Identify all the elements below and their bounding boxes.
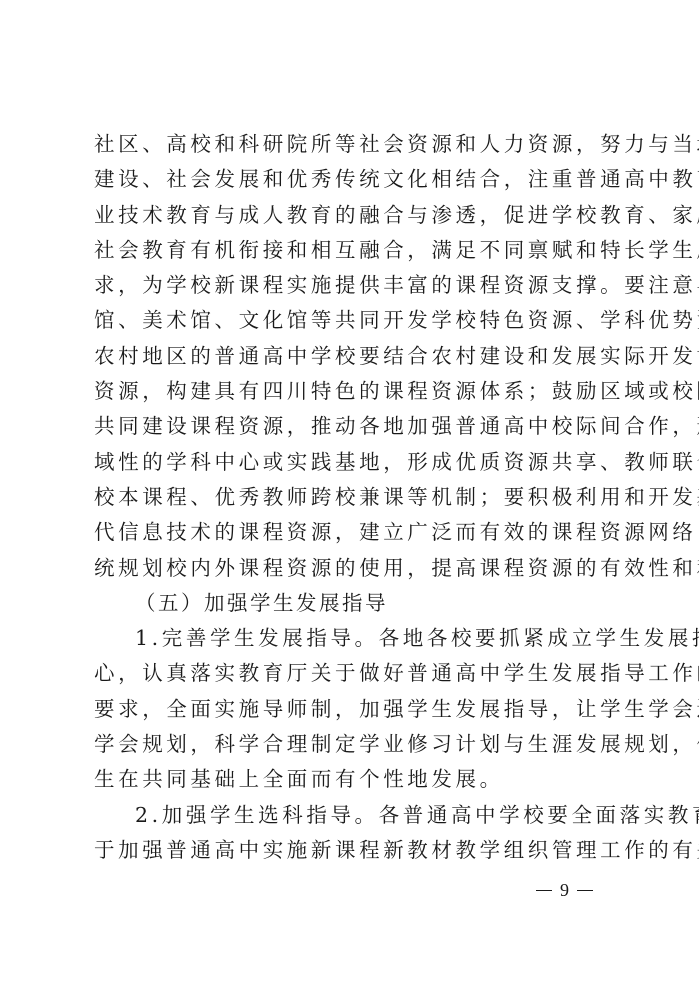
page-number-value: 9	[560, 880, 569, 901]
text-line: 域性的学科中心或实践基地，形成优质资源共享、教师联合开发	[94, 445, 611, 480]
text-line: 2.加强学生选科指导。各普通高中学校要全面落实教育厅关	[94, 798, 611, 833]
text-line: 代信息技术的课程资源，建立广泛而有效的课程资源网络；要系	[94, 515, 611, 550]
text-line: 求，为学校新课程实施提供丰富的课程资源支撑。要注意与博物	[94, 268, 611, 303]
text-line: 建设、社会发展和优秀传统文化相结合，注重普通高中教育、职	[94, 162, 611, 197]
text-line: 生在共同基础上全面而有个性地发展。	[94, 762, 611, 797]
text-line: 馆、美术馆、文化馆等共同开发学校特色资源、学科优势资源，	[94, 303, 611, 338]
section-heading: （五）加强学生发展指导	[94, 586, 614, 621]
text-line: 统规划校内外课程资源的使用，提高课程资源的有效性和利用率。	[94, 551, 611, 586]
text-line: 1.完善学生发展指导。各地各校要抓紧成立学生发展指导中	[94, 621, 611, 656]
document-page: 社区、高校和科研院所等社会资源和人力资源，努力与当地经济 建设、社会发展和优秀传…	[0, 0, 699, 988]
text-line: 社会教育有机衔接和相互融合，满足不同禀赋和特长学生成长需	[94, 233, 611, 268]
dash-right	[577, 890, 593, 891]
text-line: 农村地区的普通高中学校要结合农村建设和发展实际开发课程	[94, 339, 611, 374]
dash-left	[536, 890, 552, 891]
text-line: 业技术教育与成人教育的融合与渗透，促进学校教育、家庭教育、	[94, 198, 611, 233]
text-line: 学会规划，科学合理制定学业修习计划与生涯发展规划，促进学	[94, 727, 611, 762]
text-line: 于加强普通高中实施新课程新教材教学组织管理工作的有关要	[94, 833, 611, 868]
body-text: 社区、高校和科研院所等社会资源和人力资源，努力与当地经济 建设、社会发展和优秀传…	[94, 127, 614, 868]
text-line: 资源，构建具有四川特色的课程资源体系；鼓励区域或校际之间	[94, 374, 611, 409]
text-line: 要求，全面实施导师制，加强学生发展指导，让学生学会选择、	[94, 692, 611, 727]
text-line: 共同建设课程资源，推动各地加强普通高中校际间合作，形成区	[94, 409, 611, 444]
text-line: 校本课程、优秀教师跨校兼课等机制；要积极利用和开发基于现	[94, 480, 611, 515]
text-line: 社区、高校和科研院所等社会资源和人力资源，努力与当地经济	[94, 127, 611, 162]
text-line: 心，认真落实教育厅关于做好普通高中学生发展指导工作的有关	[94, 656, 611, 691]
page-number: 9	[536, 880, 593, 901]
